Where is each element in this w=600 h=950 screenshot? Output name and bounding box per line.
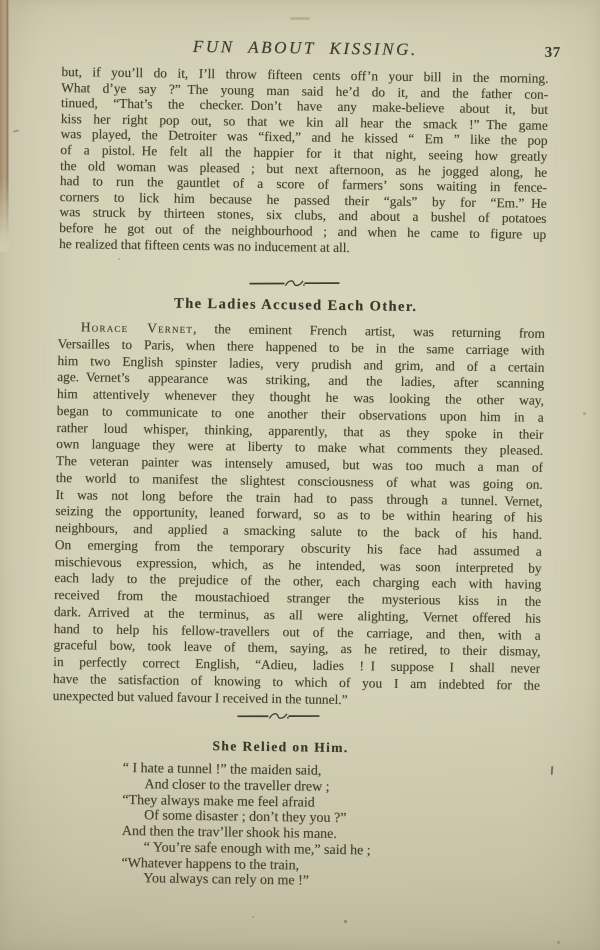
section-heading-she-relied: She Relied on Him. [37,736,524,759]
page-content: FUN ABOUT KISSING. 37 but, if you’ll do … [50,30,549,893]
running-header: FUN ABOUT KISSING. 37 [62,30,549,67]
paragraph-fifteen-cents: but, if you’ll do it, I’ll throw fifteen… [59,64,549,258]
page-blemish [252,916,254,918]
book-edge-strip [0,0,9,252]
page-number: 37 [545,45,561,62]
divider-ornament-icon [248,276,340,291]
divider-ornament-icon [236,709,320,724]
poem-she-relied: “ I hate a tunnel !” the maiden said,And… [121,761,539,892]
book-page: FUN ABOUT KISSING. 37 but, if you’ll do … [0,0,600,950]
small-caps-lead: Horace Vernet [81,319,193,336]
page-blemish [583,412,586,415]
running-head-title: FUN ABOUT KISSING. [62,30,549,67]
page-blemish [290,17,310,20]
page-blemish [13,129,19,132]
page-blemish [557,941,560,944]
paragraph-horace-vernet: Horace Vernet, the eminent French artist… [53,319,545,711]
page-blemish [551,766,554,775]
section-heading-ladies-accused: The Ladies Accused Each Other. [52,294,539,318]
page-blemish [344,920,347,923]
